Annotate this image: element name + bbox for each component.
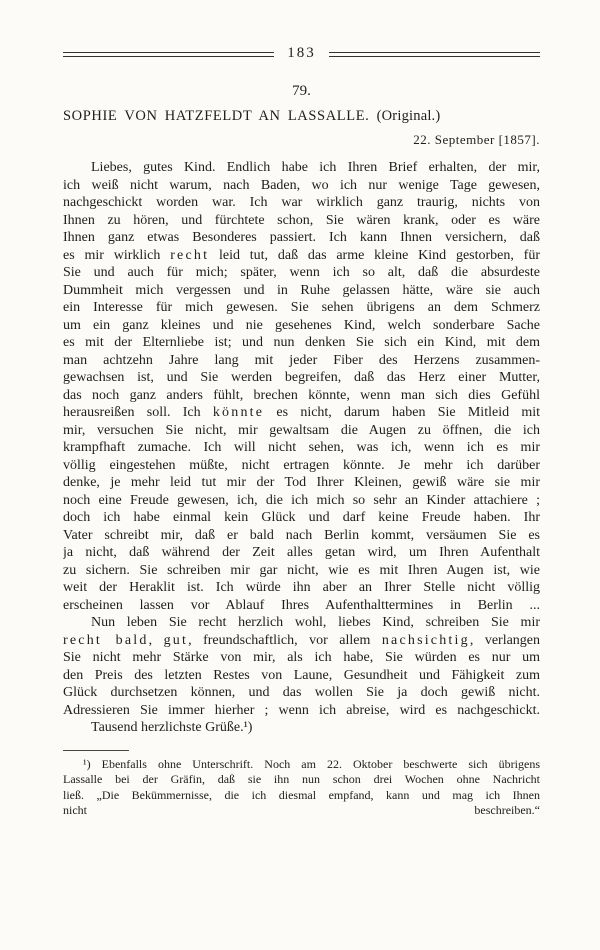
double-rule-left [63,52,274,57]
letter-line: denke, je mehr leid tut mir der Tod Ihre… [63,474,540,492]
letter-line: krampfhaft zumache. Ich will nicht sehen… [63,439,540,457]
letter-line: ich weiß nicht warum, nach Baden, wo ich… [63,177,540,195]
letter-line: erscheinen lassen vor Ablauf Ihres Aufen… [63,597,540,615]
letter-line: Ihnen zu hören, und fürchtete schon, Sie… [63,212,540,230]
letter-line: Liebes, gutes Kind. Endlich habe ich Ihr… [63,159,540,177]
letter-line: gewachsen ist, und Sie werden begreifen,… [63,369,540,387]
footnote-line: ließ. „Die Bekümmernisse, die ich diesma… [63,788,540,804]
footnote-line: nicht beschreiben.“ [63,803,540,819]
letter-line: ja nicht, daß während der Zeit alles get… [63,544,540,562]
letter-line: das noch ganz anders fühlt, brechen könn… [63,387,540,405]
footnote-rule [63,750,129,751]
letter-line: noch eine Freude gewesen, ich, die ich m… [63,492,540,510]
letter-line: man achtzehn Jahre lang mit jeder Fiber … [63,352,540,370]
letter-line: den Preis des letzten Restes von Laune, … [63,667,540,685]
letter-heading: SOPHIE VON HATZFELDT AN LASSALLE. (Origi… [63,108,540,125]
letter-line: ein Interesse für mich gewesen. Sie sehe… [63,299,540,317]
letter-line: mir, versuchen Sie nicht, mir gewaltsam … [63,422,540,440]
letter-line: es mir wirklich recht leid tut, daß das … [63,247,540,265]
letter-line: um ein ganz kleines und nie gesehenes Ki… [63,317,540,335]
footnote: ¹) Ebenfalls ohne Unterschrift. Noch am … [63,757,540,819]
letter-line: nachgeschickt worden war. Ich war wirkli… [63,194,540,212]
letter-line: weit der Heraklit ist. Ich würde ihn abe… [63,579,540,597]
letter-line: Glück durchsetzen können, und das wollen… [63,684,540,702]
letter-line: Sie und auch für mich; später, wenn ich … [63,264,540,282]
letter-line: Nun leben Sie recht herzlich wohl, liebe… [63,614,540,632]
footnote-line: ¹) Ebenfalls ohne Unterschrift. Noch am … [63,757,540,773]
letter-number: 79. [63,83,540,100]
letter-date: 22. September [1857]. [63,132,540,148]
double-rule-right [329,52,540,57]
letter-body: Liebes, gutes Kind. Endlich habe ich Ihr… [63,159,540,737]
letter-line: Adressieren Sie immer hierher ; wenn ich… [63,702,540,720]
letter-line: recht bald, gut, freundschaftlich, vor a… [63,632,540,650]
page-number: 183 [287,45,316,61]
letter-line: Dummheit mich vergessen und in Ruhe gela… [63,282,540,300]
letter-line: zu sichern. Sie schreiben mir gar nicht,… [63,562,540,580]
letter-line: Tausend herzlichste Grüße.¹) [63,719,540,737]
footnote-line: Lassalle bei der Gräfin, daß sie ihn nun… [63,772,540,788]
heading-addressee: SOPHIE VON HATZFELDT AN LASSALLE. [63,108,369,124]
heading-original-note: (Original.) [377,108,441,124]
letter-line: Sie nicht mehr Stärke von mir, als ich h… [63,649,540,667]
letter-line: es mit der Elternliebe ist; und nun denk… [63,334,540,352]
letter-line: völlig eingestehen müßte, nicht ertragen… [63,457,540,475]
letter-line: herausreißen soll. Ich könnte es nicht, … [63,404,540,422]
letter-line: Ihnen ganz etwas Besonderes passiert. Ic… [63,229,540,247]
running-head: 183 [63,46,540,62]
letter-line: doch ich habe einmal kein Glück und darf… [63,509,540,527]
book-page: 183 79. SOPHIE VON HATZFELDT AN LASSALLE… [0,0,600,950]
letter-line: Vater schreibt mir, daß er bald nach Ber… [63,527,540,545]
